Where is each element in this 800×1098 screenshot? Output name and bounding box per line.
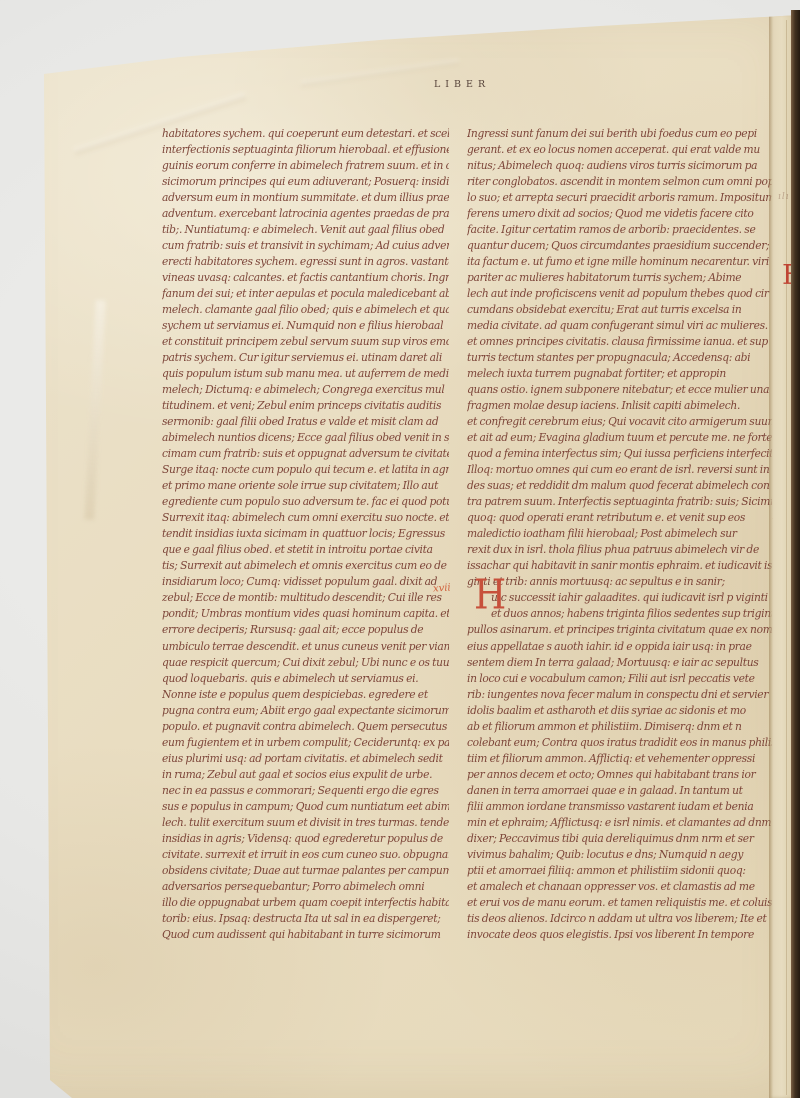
manuscript-line: quod a femina interfectus sim; Qui iussa… (467, 446, 772, 462)
manuscript-line: in ruma; Zebul aut gaal et socios eius e… (162, 767, 449, 783)
manuscript-line: guinis eorum conferre in abimelech fratr… (162, 158, 449, 174)
parchment-wrinkle (84, 300, 106, 520)
manuscript-line: Ingressi sunt fanum dei sui berith ubi f… (467, 126, 772, 142)
manuscript-line: pondit; Umbras montium vides quasi homin… (162, 606, 449, 622)
edge-ink-bleed: ılı (778, 192, 790, 202)
manuscript-line: des suas; et reddidit dm malum quod fece… (467, 478, 772, 494)
manuscript-line: Quod cum audissent qui habitabant in tur… (162, 927, 449, 943)
manuscript-line: facite. Igitur certatim ramos de arborib… (467, 222, 772, 238)
manuscript-line: et confregit cerebrum eius; Qui vocavit … (467, 414, 772, 430)
manuscript-line: issachar qui habitavit in sanir montis e… (467, 558, 772, 574)
manuscript-line: quae respicit quercum; Cui dixit zebul; … (162, 655, 449, 671)
manuscript-line: melech. clamante gaal filio obed; quis e… (162, 302, 449, 318)
page-edge-crease (786, 20, 787, 1095)
book-binding-edge (791, 10, 800, 1098)
manuscript-line: et duos annos; habens triginta filios se… (467, 606, 772, 622)
manuscript-line: que e gaal filius obed. et stetit in int… (162, 542, 449, 558)
manuscript-line: et omnes principes civitatis. clausa fir… (467, 334, 772, 350)
manuscript-line: civitate. surrexit et irruit in eos cum … (162, 847, 449, 863)
manuscript-line: quans ostio. ignem subponere nitebatur; … (467, 382, 772, 398)
manuscript-line: quis populum istum sub manu mea. ut aufe… (162, 366, 449, 382)
manuscript-line: fragmen molae desup iaciens. Inlisit cap… (467, 398, 772, 414)
manuscript-line: cimam cum fratrib: suis et oppugnat adve… (162, 446, 449, 462)
manuscript-line: Nonne iste e populus quem despiciebas. e… (162, 687, 449, 703)
manuscript-line: nec in ea passus e commorari; Sequenti e… (162, 783, 449, 799)
manuscript-line: rexit dux in isrl. thola filius phua pat… (467, 542, 772, 558)
manuscript-line: vineas uvasq: calcantes. et factis canta… (162, 270, 449, 286)
manuscript-line: ferens umero dixit ad socios; Quod me vi… (467, 206, 772, 222)
manuscript-line: dixer; Peccavimus tibi quia dereliquimus… (467, 831, 772, 847)
manuscript-line: tis; Surrexit aut abimelech et omnis exe… (162, 558, 449, 574)
gutter-chapter-note: xvii (433, 582, 451, 594)
manuscript-line: vivimus bahalim; Quib: locutus e dns; Nu… (467, 847, 772, 863)
manuscript-line: colebant eum; Contra quos iratus tradidi… (467, 735, 772, 751)
manuscript-line: insidias in agris; Vidensq: quod egreder… (162, 831, 449, 847)
manuscript-line: uic successit iahir galaadites. qui iudi… (467, 590, 772, 606)
manuscript-line: abimelech nuntios dicens; Ecce gaal fili… (162, 430, 449, 446)
manuscript-line: melech iuxta turrem pugnabat fortiter; e… (467, 366, 772, 382)
manuscript-line: errore deciperis; Rursusq: gaal ait; ecc… (162, 622, 449, 638)
manuscript-line: tib;. Nuntiatumq: e abimelech. Venit aut… (162, 222, 449, 238)
manuscript-line: nitus; Abimelech quoq: audiens viros tur… (467, 158, 772, 174)
manuscript-line: ab et filiorum ammon et philistiim. Dimi… (467, 719, 772, 735)
photo-background: LIBER habitatores sychem. qui coeperunt … (0, 0, 800, 1098)
manuscript-line: maledictio ioatham filii hierobaal; Post… (467, 526, 772, 542)
manuscript-page: LIBER habitatores sychem. qui coeperunt … (0, 0, 800, 1098)
manuscript-line: ita factum e. ut fumo et igne mille homi… (467, 254, 772, 270)
manuscript-line: quantur ducem; Quos circumdantes praesid… (467, 238, 772, 254)
manuscript-line: Surge itaq: nocte cum populo qui tecum e… (162, 462, 449, 478)
manuscript-line: eius plurimi usq: ad portam civitatis. e… (162, 751, 449, 767)
manuscript-line: lo suo; et arrepta securi praecidit arbo… (467, 190, 772, 206)
manuscript-line: pugna contra eum; Abiit ergo gaal expect… (162, 703, 449, 719)
manuscript-line: sentem diem In terra galaad; Mortuusq: e… (467, 655, 772, 671)
manuscript-line: sychem ut serviamus ei. Numquid non e fi… (162, 318, 449, 334)
manuscript-line: filii ammon iordane transmisso vastarent… (467, 799, 772, 815)
manuscript-line: pariter ac mulieres habitatorum turris s… (467, 270, 772, 286)
manuscript-line: melech; Dictumq: e abimelech; Congrega e… (162, 382, 449, 398)
manuscript-line: sermonib: gaal filii obed Iratus e valde… (162, 414, 449, 430)
running-title: LIBER (434, 79, 490, 90)
manuscript-line: titudinem. et veni; Zebul enim princeps … (162, 398, 449, 414)
manuscript-line: danen in terra amorraei quae e in galaad… (467, 783, 772, 799)
manuscript-line: ptii et amorraei filiiq: ammon et philis… (467, 863, 772, 879)
manuscript-line: gerant. et ex eo locus nomen acceperat. … (467, 142, 772, 158)
manuscript-line: et amalech et chanaan oppresser vos. et … (467, 879, 772, 895)
manuscript-line: et primo mane oriente sole irrue sup civ… (162, 478, 449, 494)
manuscript-line: eius appellatae s auoth iahir. id e oppi… (467, 639, 772, 655)
manuscript-line: turris tectum stantes per propugnacula; … (467, 350, 772, 366)
manuscript-line: Surrexit itaq: abimelech cum omni exerci… (162, 510, 449, 526)
manuscript-line: tendit insidias iuxta sicimam in quattuo… (162, 526, 449, 542)
manuscript-line: per annos decem et octo; Omnes qui habit… (467, 767, 772, 783)
manuscript-line: egrediente cum populo suo adversum te. f… (162, 494, 449, 510)
manuscript-line: riter conglobatos. ascendit in montem se… (467, 174, 772, 190)
manuscript-line: insidiarum loco; Cumq: vidisset populum … (162, 574, 449, 590)
manuscript-line: umbiculo terrae descendit. et unus cuneu… (162, 639, 449, 655)
manuscript-line: sicimorum principes qui eum adiuverant; … (162, 174, 449, 190)
manuscript-line: et erui vos de manu eorum. et tamen reli… (467, 895, 772, 911)
manuscript-line: torib: eius. Ipsaq: destructa Ita ut sal… (162, 911, 449, 927)
manuscript-line: sus e populus in campum; Quod cum nuntia… (162, 799, 449, 815)
manuscript-line: quoq: quod operati erant retributum e. e… (467, 510, 772, 526)
manuscript-line: patris sychem. Cur igitur serviemus ei. … (162, 350, 449, 366)
manuscript-line: illo die oppugnabat urbem quam coepit in… (162, 895, 449, 911)
text-column-right: Ingressi sunt fanum dei sui berith ubi f… (467, 126, 772, 944)
manuscript-line: in loco cui e vocabulum camon; Filii aut… (467, 671, 772, 687)
manuscript-line: adversarios persequebantur; Porro abimel… (162, 879, 449, 895)
manuscript-line: fanum dei sui; et inter aepulas et pocul… (162, 286, 449, 302)
manuscript-line: adversum eum in montium summitate. et du… (162, 190, 449, 206)
manuscript-line: invocate deos quos elegistis. Ipsi vos l… (467, 927, 772, 943)
manuscript-line: min et ephraim; Afflictusq: e isrl nimis… (467, 815, 772, 831)
manuscript-line: obsidens civitate; Duae aut turmae palan… (162, 863, 449, 879)
manuscript-line: habitatores sychem. qui coeperunt eum de… (162, 126, 449, 142)
rubric-initial-h: H (474, 574, 506, 615)
manuscript-line: interfectionis septuaginta filiorum hier… (162, 142, 449, 158)
manuscript-line: populo. et pugnavit contra abimelech. Qu… (162, 719, 449, 735)
manuscript-line: lech aut inde proficiscens venit ad popu… (467, 286, 772, 302)
manuscript-line: cumdans obsidebat exercitu; Erat aut tur… (467, 302, 772, 318)
manuscript-line: et constituit principem zebul servum suu… (162, 334, 449, 350)
manuscript-line: quod loquebaris. quis e abimelech ut ser… (162, 671, 449, 687)
manuscript-line: pullos asinarum. et principes triginta c… (467, 622, 772, 638)
manuscript-line: Illoq: mortuo omnes qui cum eo erant de … (467, 462, 772, 478)
next-page-edge (769, 14, 792, 1098)
manuscript-line: media civitate. ad quam confugerant simu… (467, 318, 772, 334)
manuscript-line: eum fugientem et in urbem compulit; Ceci… (162, 735, 449, 751)
manuscript-line: adventum. exercebant latrocinia agentes … (162, 206, 449, 222)
manuscript-line: lech. tulit exercitum suum et divisit in… (162, 815, 449, 831)
manuscript-line: erecti habitatores sychem. egressi sunt … (162, 254, 449, 270)
manuscript-line: zebul; Ecce de montib: multitudo descend… (162, 590, 449, 606)
manuscript-line: rib: iungentes nova fecer malum in consp… (467, 687, 772, 703)
manuscript-line: tiim et filiorum ammon. Afflictiq: et ve… (467, 751, 772, 767)
manuscript-line: et ait ad eum; Evagina gladium tuum et p… (467, 430, 772, 446)
manuscript-line: idolis baalim et astharoth et diis syria… (467, 703, 772, 719)
manuscript-line: tra patrem suum. Interfectis septuaginta… (467, 494, 772, 510)
manuscript-line: cum fratrib: suis et transivit in sychim… (162, 238, 449, 254)
text-column-left: habitatores sychem. qui coeperunt eum de… (162, 126, 449, 944)
manuscript-line: ginti et trib: annis mortuusq: ac sepult… (467, 574, 772, 590)
manuscript-line: tis deos alienos. Idcirco n addam ut ult… (467, 911, 772, 927)
